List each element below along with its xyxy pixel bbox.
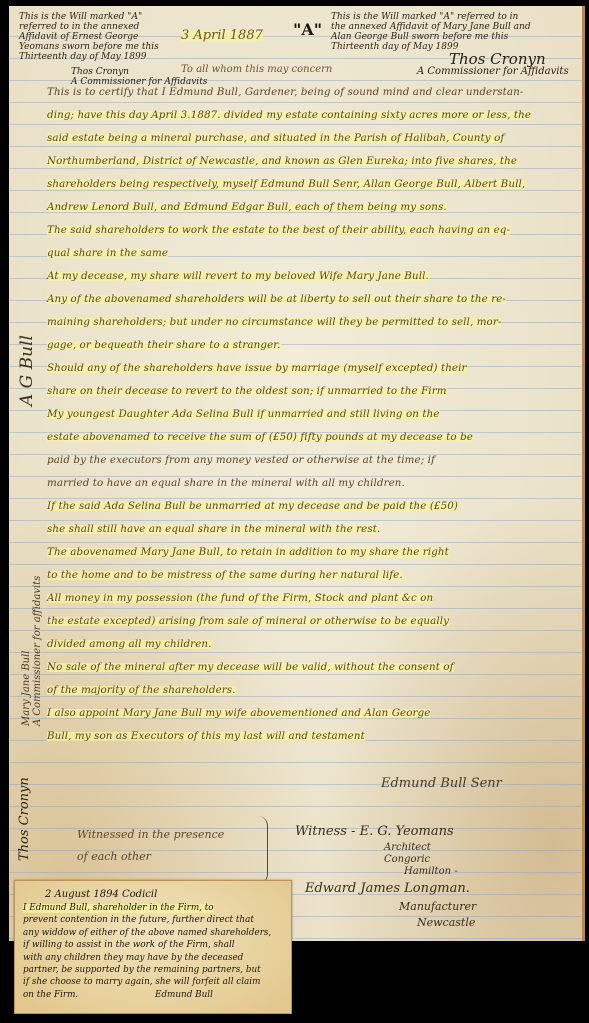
brace-bracket <box>257 816 268 884</box>
margin-initials: A G Bull <box>17 335 37 406</box>
note-line: Yeomans sworn before me this <box>19 42 159 52</box>
codicil-title: 2 August 1894 Codicil <box>45 889 157 901</box>
codicil-line: if she choose to marry again, she will f… <box>23 976 271 988</box>
note-line: Manufacturer <box>399 899 476 915</box>
codicil-line: I Edmund Bull, shareholder in the Firm, … <box>23 902 214 914</box>
body-line: If the said Ada Selina Bull be unmarried… <box>47 500 458 512</box>
body-line: shareholders being respectively, myself … <box>47 178 525 190</box>
codicil-body: I Edmund Bull, shareholder in the Firm, … <box>23 902 271 1001</box>
exhibit-marker: "A" <box>293 20 322 39</box>
will-date: 3 April 1887 <box>181 28 263 43</box>
body-line: At my decease, my share will revert to m… <box>47 270 429 282</box>
margin-commissioner: Thos Cronyn <box>17 777 32 861</box>
body-line: Should any of the shareholders have issu… <box>47 362 467 374</box>
codicil-line: partner, be supported by the remaining p… <box>23 964 271 976</box>
witness-1-name: Witness - E. G. Yeomans <box>295 824 454 839</box>
codicil-slip: 2 August 1894 Codicil I Edmund Bull, sha… <box>14 880 292 1014</box>
body-line: the estate excepted) arising from sale o… <box>47 615 449 627</box>
witness-2-details: Manufacturer Newcastle <box>399 899 476 931</box>
margin-note: Mary Jane Bull A Commissioner for affida… <box>21 576 43 726</box>
note-line: of each other <box>77 846 224 868</box>
body-line: of the majority of the shareholders. <box>47 684 236 696</box>
note-line: Affidavit of Ernest George <box>19 32 159 42</box>
codicil-line: prevent contention in the future, furthe… <box>23 914 271 926</box>
note-line: referred to in the annexed <box>19 22 159 32</box>
body-line: The abovenamed Mary Jane Bull, to retain… <box>47 546 449 558</box>
note-line: the annexed Affidavit of Mary Jane Bull … <box>331 22 531 32</box>
body-line: I also appoint Mary Jane Bull my wife ab… <box>47 707 430 719</box>
witnessed-note: Witnessed in the presence of each other <box>77 824 224 868</box>
note-line: Hamilton - <box>384 866 458 878</box>
affidavit-note-top-right: This is the Will marked "A" referred to … <box>331 12 531 52</box>
body-line: paid by the executors from any money ves… <box>47 454 435 466</box>
body-line: she shall still have an equal share in t… <box>47 523 380 535</box>
body-line: maining shareholders; but under no circu… <box>47 316 501 328</box>
body-line: No sale of the mineral after my decease … <box>47 661 454 673</box>
note-line: This is the Will marked "A" <box>19 12 159 22</box>
body-line: ding; have this day April 3.1887. divide… <box>47 109 531 121</box>
codicil-line: any widdow of either of the above named … <box>23 927 271 939</box>
body-line: gage, or bequeath their share to a stran… <box>47 339 281 351</box>
body-line: All money in my possession (the fund of … <box>47 592 433 604</box>
will-page: This is the Will marked "A" referred to … <box>9 6 585 941</box>
body-line: This is to certify that I Edmund Bull, G… <box>47 86 523 98</box>
testator-signature: Edmund Bull Senr <box>381 776 502 791</box>
note-line: Newcastle <box>399 915 476 931</box>
body-line: Andrew Lenord Bull, and Edmund Edgar Bul… <box>47 201 447 213</box>
codicil-line: if willing to assist in the work of the … <box>23 939 271 951</box>
body-line: My youngest Daughter Ada Selina Bull if … <box>47 408 440 420</box>
note-line: Witnessed in the presence <box>77 824 224 846</box>
body-line: said estate being a mineral purchase, an… <box>47 132 504 144</box>
body-line: Any of the abovenamed shareholders will … <box>47 293 506 305</box>
commissioner-title: A Commissioner for Affidavits <box>417 66 569 77</box>
note-line: Mary Jane Bull <box>21 576 32 726</box>
codicil-line: on the Firm. <box>23 989 271 1001</box>
note-line: Congoric <box>384 854 458 866</box>
salutation: To all whom this may concern <box>181 64 332 75</box>
witness-2-name: Edward James Longman. <box>305 881 470 896</box>
body-line: share on their decease to revert to the … <box>47 385 447 397</box>
body-line: divided among all my children. <box>47 638 212 650</box>
body-line: estate abovenamed to receive the sum of … <box>47 431 473 443</box>
ruled-lines <box>9 6 582 941</box>
body-line: Bull, my son as Executors of this my las… <box>47 730 365 742</box>
body-line: The said shareholders to work the estate… <box>47 224 510 236</box>
body-line: to the home and to be mistress of the sa… <box>47 569 403 581</box>
note-line: Thirteenth day of May 1899 <box>19 52 159 62</box>
codicil-signature: Edmund Bull <box>155 989 213 1001</box>
body-line: Northumberland, District of Newcastle, a… <box>47 155 517 167</box>
affidavit-note-top-left: This is the Will marked "A" referred to … <box>19 12 159 62</box>
witness-1-details: Architect Congoric Hamilton - <box>384 842 458 878</box>
note-line: A Commissioner for affidavits <box>32 576 43 726</box>
note-line: Architect <box>384 842 458 854</box>
note-line: Alan George Bull sworn before me this <box>331 32 531 42</box>
note-line: This is the Will marked "A" referred to … <box>331 12 531 22</box>
body-line: married to have an equal share in the mi… <box>47 477 405 489</box>
codicil-line: with any children they may have by the d… <box>23 952 271 964</box>
body-line: qual share in the same <box>47 247 168 259</box>
